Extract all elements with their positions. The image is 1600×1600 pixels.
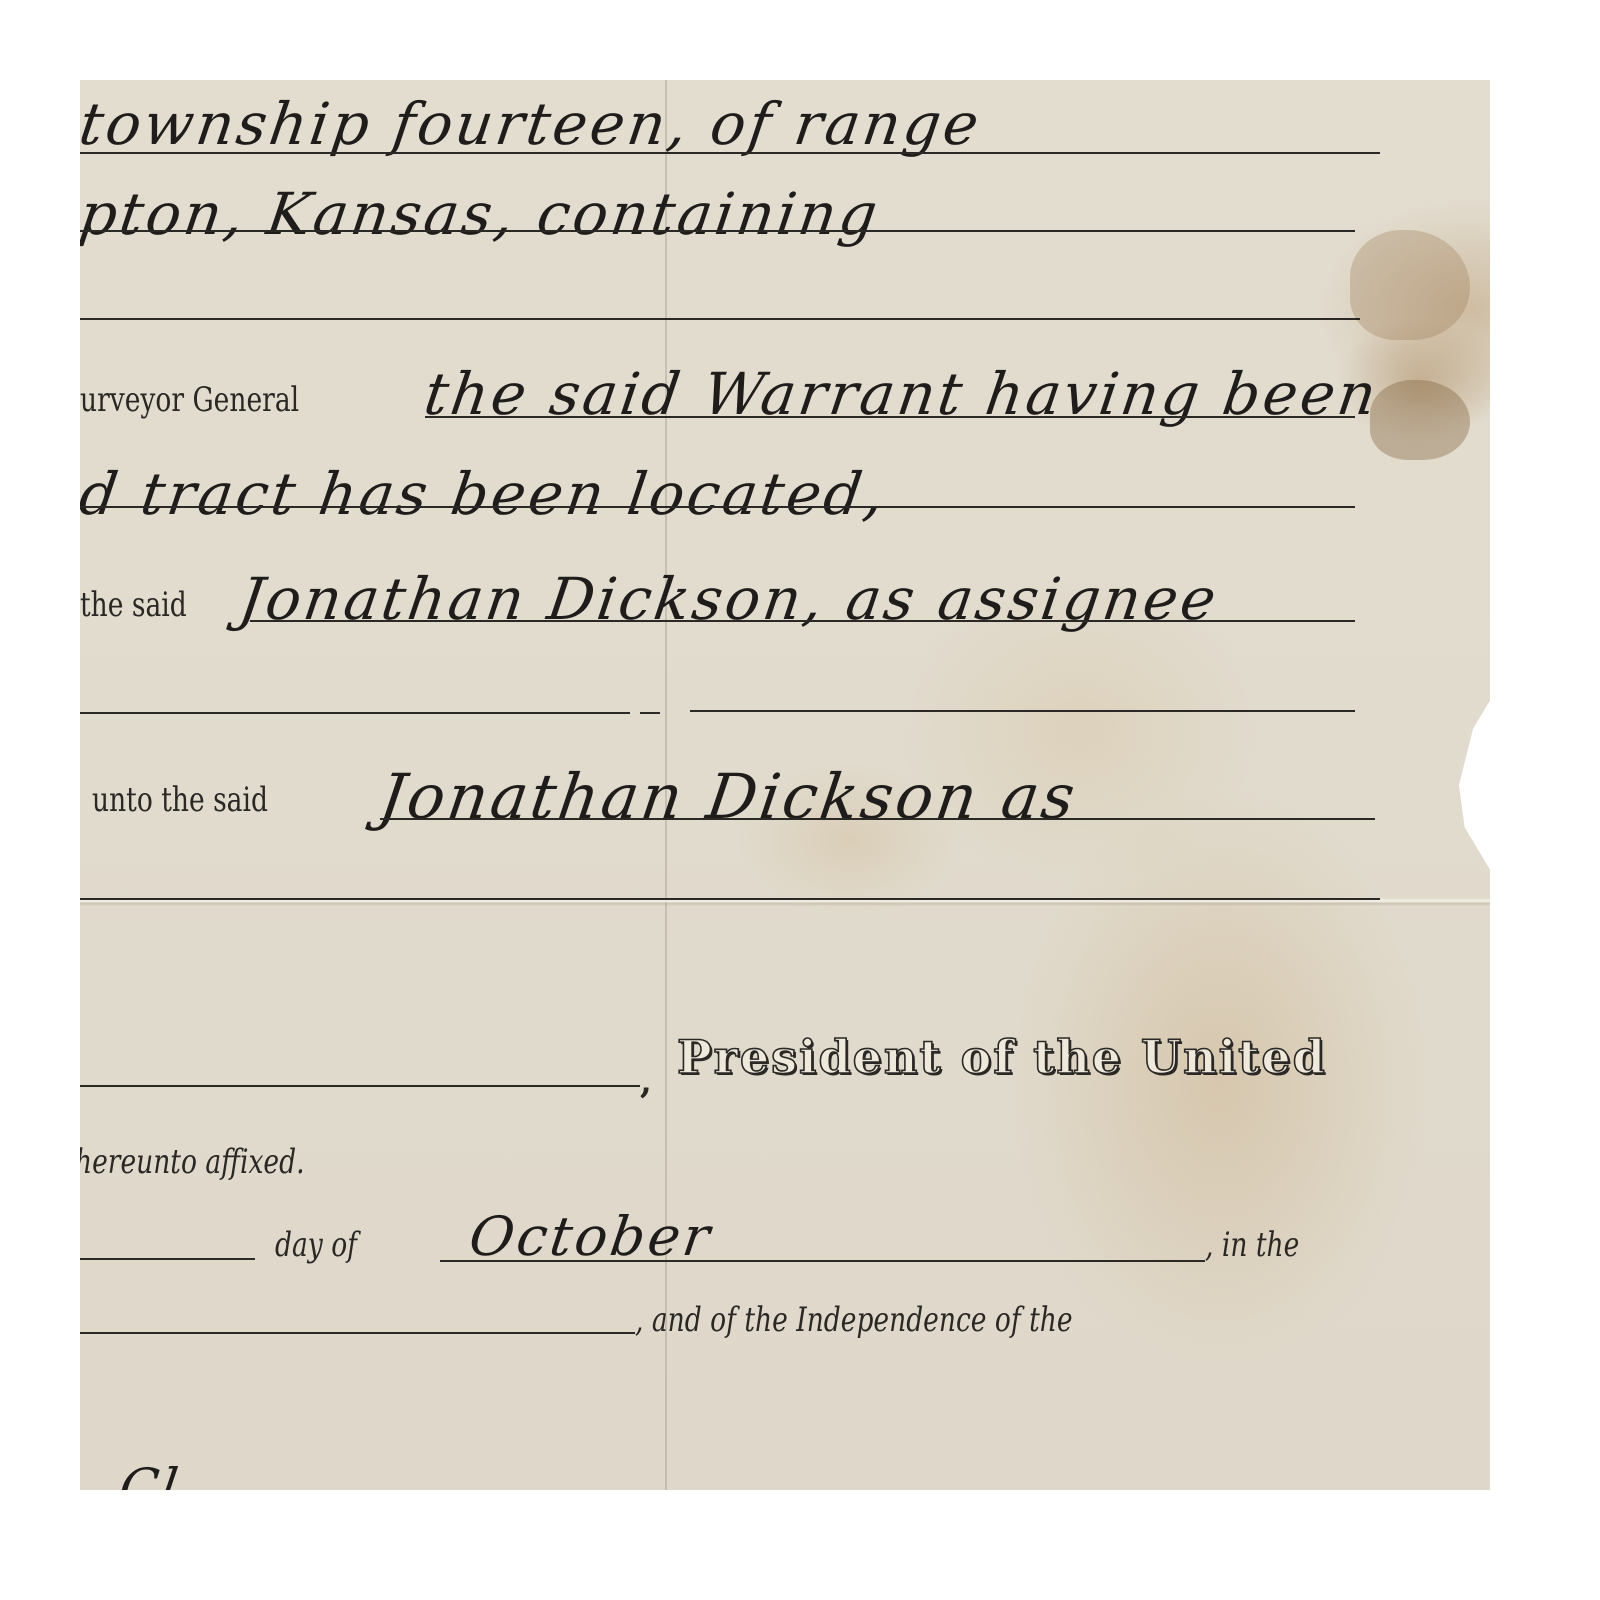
comma: , [640,1062,652,1102]
printed-unto-the-said: unto the said [92,780,268,820]
rule-line-blank [80,898,1380,900]
water-stain-dark [1370,380,1470,460]
printed-day-of: day of [275,1225,357,1265]
rule-line-blank [640,712,660,714]
rule-line [80,506,1355,508]
document-paper: township fourteen, of range pton, Kansas… [80,80,1490,1490]
printed-the-said: the said [80,585,187,625]
rule-line [380,818,1375,820]
handwritten-grantee: Jonathan Dickson as [375,760,1082,833]
printed-hereunto-affixed: hereunto affixed. [75,1142,305,1182]
rule-line [80,152,1380,154]
handwritten-kansas: pton, Kansas, containing [75,180,884,248]
handwritten-township: township fourteen, of range [75,90,986,158]
handwritten-tract-located: d tract has been located, [75,460,890,528]
rule-line-blank [690,710,1355,712]
rule-line [440,1260,1205,1262]
printed-in-the: , in the [1205,1225,1299,1265]
rule-line-blank [80,318,1360,320]
printed-independence: , and of the Independence of the [635,1300,1073,1340]
rule-line-blank [80,1258,255,1260]
handwritten-assignee: Jonathan Dickson, as assignee [235,565,1223,633]
printed-president-of-the-united: President of the United [677,1030,1327,1084]
handwritten-partial: Cl [116,1458,184,1516]
water-stain [1350,230,1470,340]
rule-line [250,620,1355,622]
printed-surveyor-general: urveyor General [80,380,299,420]
rule-line-blank [80,1332,635,1334]
rule-line [80,230,1355,232]
rule-line-blank [80,1085,640,1087]
rule-line [425,416,1355,418]
rule-line-blank [80,712,630,714]
handwritten-month-october: October [466,1205,717,1268]
